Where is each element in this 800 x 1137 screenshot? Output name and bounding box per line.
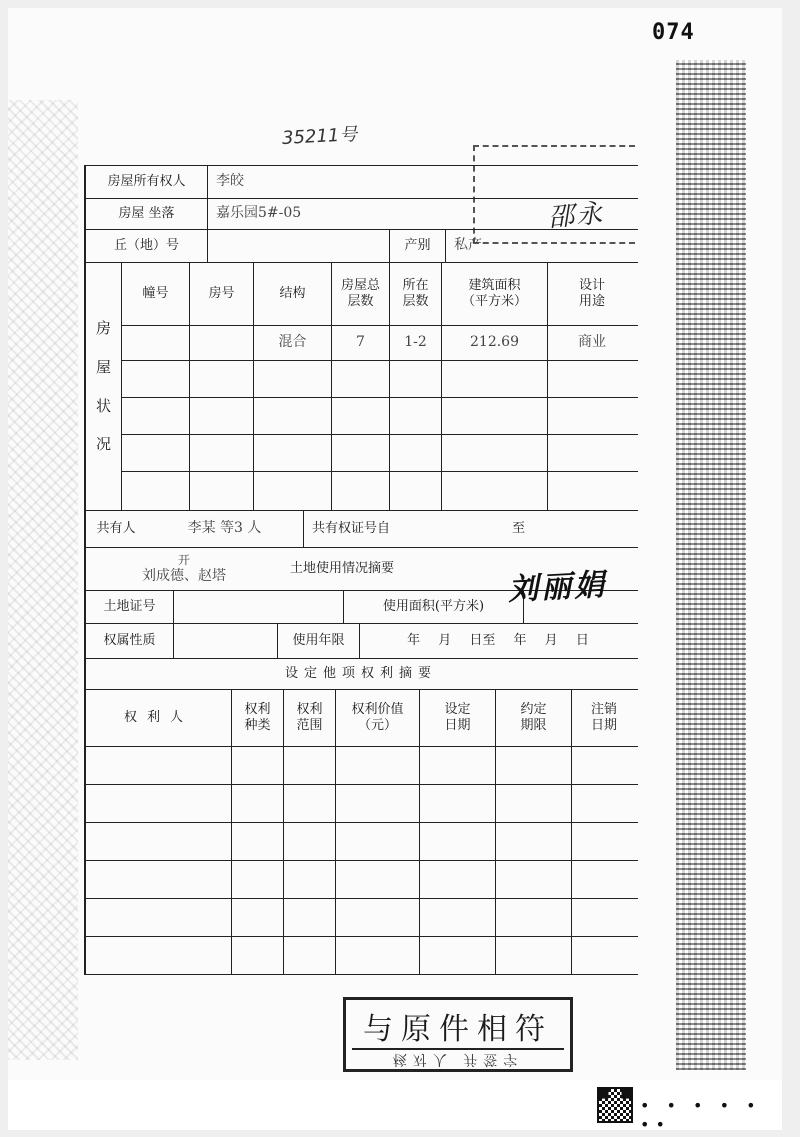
property-type-label: 产别 bbox=[390, 230, 446, 262]
scan-noise-left bbox=[8, 100, 78, 1060]
cell bbox=[336, 937, 420, 974]
col-total-floors: 房屋总层数 bbox=[332, 263, 390, 325]
cell bbox=[420, 785, 496, 822]
cell bbox=[232, 861, 284, 898]
owner-row: 房屋所有权人 李皎 bbox=[86, 166, 638, 199]
rights-row bbox=[86, 861, 638, 899]
cell bbox=[284, 747, 336, 784]
cell bbox=[86, 861, 232, 898]
cell bbox=[420, 823, 496, 860]
cell bbox=[232, 899, 284, 936]
house-row bbox=[122, 435, 638, 472]
col-design-use: 设计用途 bbox=[548, 263, 636, 325]
cell bbox=[232, 785, 284, 822]
cell bbox=[332, 472, 390, 510]
cell-floor: 1-2 bbox=[390, 326, 442, 360]
cell bbox=[496, 747, 572, 784]
cell bbox=[390, 472, 442, 510]
cell bbox=[442, 435, 548, 471]
rights-row bbox=[86, 937, 638, 975]
cell-area: 212.69 bbox=[442, 326, 548, 360]
cell bbox=[254, 398, 332, 434]
cell bbox=[442, 472, 548, 510]
handwritten-number: 35211号 bbox=[281, 120, 358, 150]
cell bbox=[86, 823, 232, 860]
cell bbox=[122, 361, 190, 397]
cell bbox=[284, 861, 336, 898]
rights-row bbox=[86, 899, 638, 937]
cell-structure: 混合 bbox=[254, 326, 332, 360]
coowner-cert-to: 至 bbox=[504, 511, 636, 547]
cell bbox=[332, 398, 390, 434]
col-cancel-date: 注销日期 bbox=[572, 690, 636, 746]
qr-code-icon[interactable] bbox=[597, 1087, 633, 1123]
use-area-label: 使用面积(平方米) bbox=[344, 591, 524, 623]
cell bbox=[122, 435, 190, 471]
other-rights-title: 设定他项权利摘要 bbox=[86, 659, 636, 689]
cell bbox=[232, 937, 284, 974]
cell bbox=[496, 823, 572, 860]
cell bbox=[496, 785, 572, 822]
cell bbox=[496, 937, 572, 974]
cell bbox=[332, 435, 390, 471]
use-term-value: 年 月 日至 年 月 日 bbox=[360, 624, 636, 658]
coowner-cert-label: 共有权证号自 bbox=[304, 511, 504, 547]
cell bbox=[122, 326, 190, 360]
cell bbox=[390, 361, 442, 397]
right-nature-value bbox=[174, 624, 278, 658]
house-status-label: 房 屋 状 况 bbox=[86, 263, 122, 511]
owner-label: 房屋所有权人 bbox=[86, 166, 208, 198]
cell bbox=[284, 823, 336, 860]
cell bbox=[496, 861, 572, 898]
cell-total-floors: 7 bbox=[332, 326, 390, 360]
house-row bbox=[122, 398, 638, 435]
col-building-no: 幢号 bbox=[122, 263, 190, 325]
parcel-row: 丘（地）号 产别 私产 bbox=[86, 230, 638, 263]
cell bbox=[190, 326, 254, 360]
cell bbox=[442, 398, 548, 434]
rights-row bbox=[86, 785, 638, 823]
col-agreed-term: 约定期限 bbox=[496, 690, 572, 746]
right-nature-label: 权属性质 bbox=[86, 624, 174, 658]
cell bbox=[232, 823, 284, 860]
location-row: 房屋 坐落 嘉乐园5#-05 bbox=[86, 199, 638, 230]
cell bbox=[190, 435, 254, 471]
cell bbox=[284, 899, 336, 936]
rights-header-row: 权利人 权利种类 权利范围 权利价值（元） 设定日期 约定期限 注销日期 bbox=[86, 690, 638, 747]
signature-middle: 刘丽娟 bbox=[507, 559, 608, 608]
cell bbox=[336, 899, 420, 936]
property-type-value: 私产 bbox=[446, 230, 636, 262]
cell bbox=[420, 747, 496, 784]
cell bbox=[548, 472, 636, 510]
scan-noise-right bbox=[676, 60, 746, 1070]
coowner-names: 开 刘成德、赵塔 bbox=[86, 548, 282, 590]
cell bbox=[190, 361, 254, 397]
house-status-block: 房 屋 状 况 幢号 房号 结构 房屋总层数 所在层数 建筑面积（平方米） 设计… bbox=[86, 263, 638, 511]
cell bbox=[442, 361, 548, 397]
cell bbox=[332, 361, 390, 397]
cell bbox=[336, 747, 420, 784]
cell bbox=[336, 823, 420, 860]
house-row bbox=[122, 361, 638, 398]
cell-design-use: 商业 bbox=[548, 326, 636, 360]
cell bbox=[420, 861, 496, 898]
house-status-char: 况 bbox=[96, 435, 111, 454]
other-rights-title-row: 设定他项权利摘要 bbox=[86, 659, 638, 690]
cell bbox=[548, 435, 636, 471]
cell bbox=[254, 472, 332, 510]
col-rights-scope: 权利范围 bbox=[284, 690, 336, 746]
cell bbox=[572, 747, 636, 784]
cell bbox=[572, 861, 636, 898]
coowner-row: 共有人 李某 等3 人 共有权证号自 至 bbox=[86, 511, 638, 548]
cell bbox=[254, 361, 332, 397]
cell bbox=[86, 785, 232, 822]
parcel-label: 丘（地）号 bbox=[86, 230, 208, 262]
stamp-line-2: 核对人 并签字 bbox=[346, 1050, 570, 1070]
cell bbox=[548, 361, 636, 397]
parcel-value bbox=[208, 230, 390, 262]
house-status-char: 房 bbox=[96, 319, 111, 338]
stamp-line-1: 与原件相符 bbox=[352, 1000, 564, 1050]
cell bbox=[86, 899, 232, 936]
more-dots: • • • • • •• bbox=[640, 1096, 800, 1134]
page-number: 074 bbox=[652, 20, 695, 45]
cell bbox=[548, 398, 636, 434]
col-structure: 结构 bbox=[254, 263, 332, 325]
cell bbox=[190, 398, 254, 434]
house-row: 混合 7 1-2 212.69 商业 bbox=[122, 326, 638, 361]
cell bbox=[122, 472, 190, 510]
cell bbox=[284, 937, 336, 974]
cell bbox=[190, 472, 254, 510]
house-status-table: 幢号 房号 结构 房屋总层数 所在层数 建筑面积（平方米） 设计用途 混合 7 … bbox=[122, 263, 638, 511]
cell bbox=[86, 747, 232, 784]
coowner-label: 共有人 bbox=[86, 511, 146, 547]
col-room-no: 房号 bbox=[190, 263, 254, 325]
land-cert-value bbox=[174, 591, 344, 623]
owner-value: 李皎 bbox=[208, 166, 636, 198]
location-value: 嘉乐园5#-05 bbox=[208, 199, 636, 229]
cell bbox=[336, 785, 420, 822]
cell bbox=[390, 435, 442, 471]
col-floor: 所在层数 bbox=[390, 263, 442, 325]
cell bbox=[86, 937, 232, 974]
cell bbox=[496, 899, 572, 936]
cell bbox=[572, 899, 636, 936]
cell bbox=[254, 435, 332, 471]
cell bbox=[336, 861, 420, 898]
location-label: 房屋 坐落 bbox=[86, 199, 208, 229]
cell bbox=[572, 785, 636, 822]
cell bbox=[420, 899, 496, 936]
rights-row bbox=[86, 747, 638, 785]
coowner-prefix: 开 bbox=[178, 553, 190, 568]
cell bbox=[122, 398, 190, 434]
col-set-date: 设定日期 bbox=[420, 690, 496, 746]
house-row bbox=[122, 472, 638, 511]
cell bbox=[572, 937, 636, 974]
house-status-char: 屋 bbox=[96, 358, 111, 377]
col-rights-value: 权利价值（元） bbox=[336, 690, 420, 746]
certified-copy-stamp: 与原件相符 核对人 并签字 bbox=[343, 997, 573, 1072]
use-term-label: 使用年限 bbox=[278, 624, 360, 658]
rights-row bbox=[86, 823, 638, 861]
col-rights-type: 权利种类 bbox=[232, 690, 284, 746]
col-area: 建筑面积（平方米） bbox=[442, 263, 548, 325]
cell bbox=[232, 747, 284, 784]
cell bbox=[420, 937, 496, 974]
coowner-value: 李某 等3 人 bbox=[146, 511, 304, 547]
cell bbox=[390, 398, 442, 434]
right-nature-row: 权属性质 使用年限 年 月 日至 年 月 日 bbox=[86, 624, 638, 659]
coowner-names-text: 刘成德、赵塔 bbox=[142, 568, 226, 586]
col-rights-holder: 权利人 bbox=[86, 690, 232, 746]
house-status-char: 状 bbox=[96, 397, 111, 416]
cell bbox=[572, 823, 636, 860]
cell bbox=[284, 785, 336, 822]
land-cert-label: 土地证号 bbox=[86, 591, 174, 623]
house-header-row: 幢号 房号 结构 房屋总层数 所在层数 建筑面积（平方米） 设计用途 bbox=[122, 263, 638, 326]
